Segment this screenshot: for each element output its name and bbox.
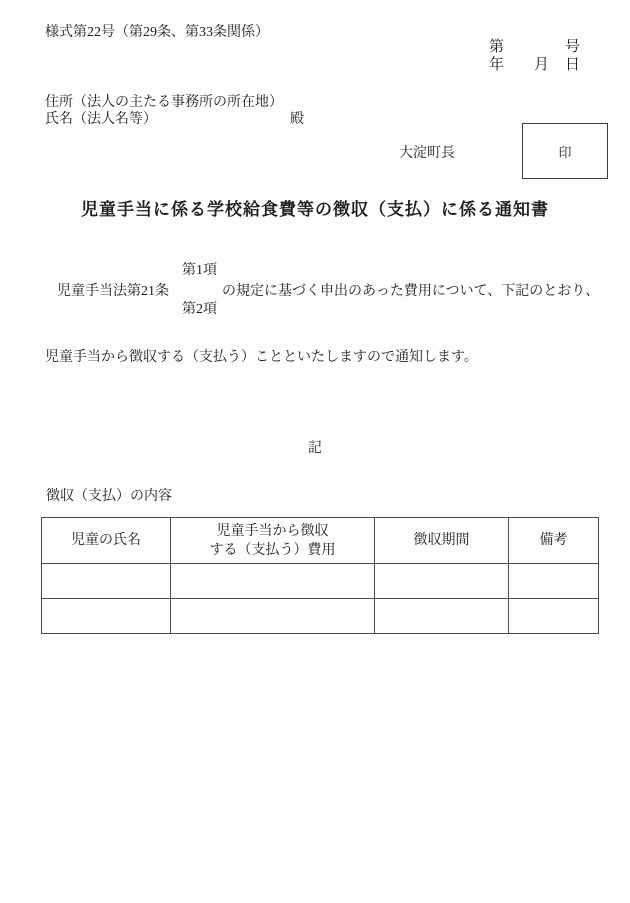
sender-name: 大淀町長: [399, 145, 455, 163]
document-page: 様式第22号（第29条、第33条関係） 第 号 年 月 日 住所（法人の主たる事…: [0, 0, 630, 903]
table-cell: [509, 564, 599, 599]
header-remarks: 備考: [509, 518, 599, 564]
document-title: 児童手当に係る学校給食費等の徴収（支払）に係る通知書: [0, 195, 630, 220]
header-child-name: 児童の氏名: [42, 518, 171, 564]
doc-number-suffix: 号: [565, 38, 580, 57]
table-cell: [42, 564, 171, 599]
form-number: 様式第22号（第29条、第33条関係）: [45, 24, 269, 42]
law-clause-law: 児童手当法第21条: [57, 283, 169, 301]
table-cell: [171, 564, 375, 599]
law-clause-item1: 第1項: [182, 262, 217, 280]
seal-box: 印: [522, 123, 608, 179]
table-caption: 徴収（支払）の内容: [46, 488, 172, 506]
header-collected-expense: 児童手当から徴収 する（支払う）費用: [171, 518, 375, 564]
law-clause-continuation: の規定に基づく申出のあった費用について、下記のとおり、: [222, 283, 599, 301]
addressee-name-label: 氏名（法人名等）: [45, 111, 157, 129]
seal-label: 印: [558, 142, 571, 161]
table-cell: [375, 599, 509, 634]
table-cell: [171, 599, 375, 634]
header-collection-period: 徴収期間: [375, 518, 509, 564]
table-row: [42, 564, 599, 599]
table-row: [42, 599, 599, 634]
date-day-label: 日: [565, 56, 580, 75]
law-clause-item2: 第2項: [182, 301, 217, 319]
body-sentence: 児童手当から徴収する（支払う）ことといたしますので通知します。: [45, 349, 478, 367]
addressee-address-label: 住所（法人の主たる事務所の所在地）: [45, 94, 283, 112]
doc-number-prefix: 第: [489, 38, 504, 57]
date-month-label: 月: [534, 56, 549, 75]
table-cell: [375, 564, 509, 599]
date-year-label: 年: [489, 56, 504, 75]
table-cell: [42, 599, 171, 634]
addressee-honorific: 殿: [290, 111, 304, 129]
table-header-row: 児童の氏名 児童手当から徴収 する（支払う）費用 徴収期間 備考: [42, 518, 599, 564]
record-marker: 記: [0, 440, 630, 458]
table-cell: [509, 599, 599, 634]
collection-table: 児童の氏名 児童手当から徴収 する（支払う）費用 徴収期間 備考: [41, 517, 599, 634]
